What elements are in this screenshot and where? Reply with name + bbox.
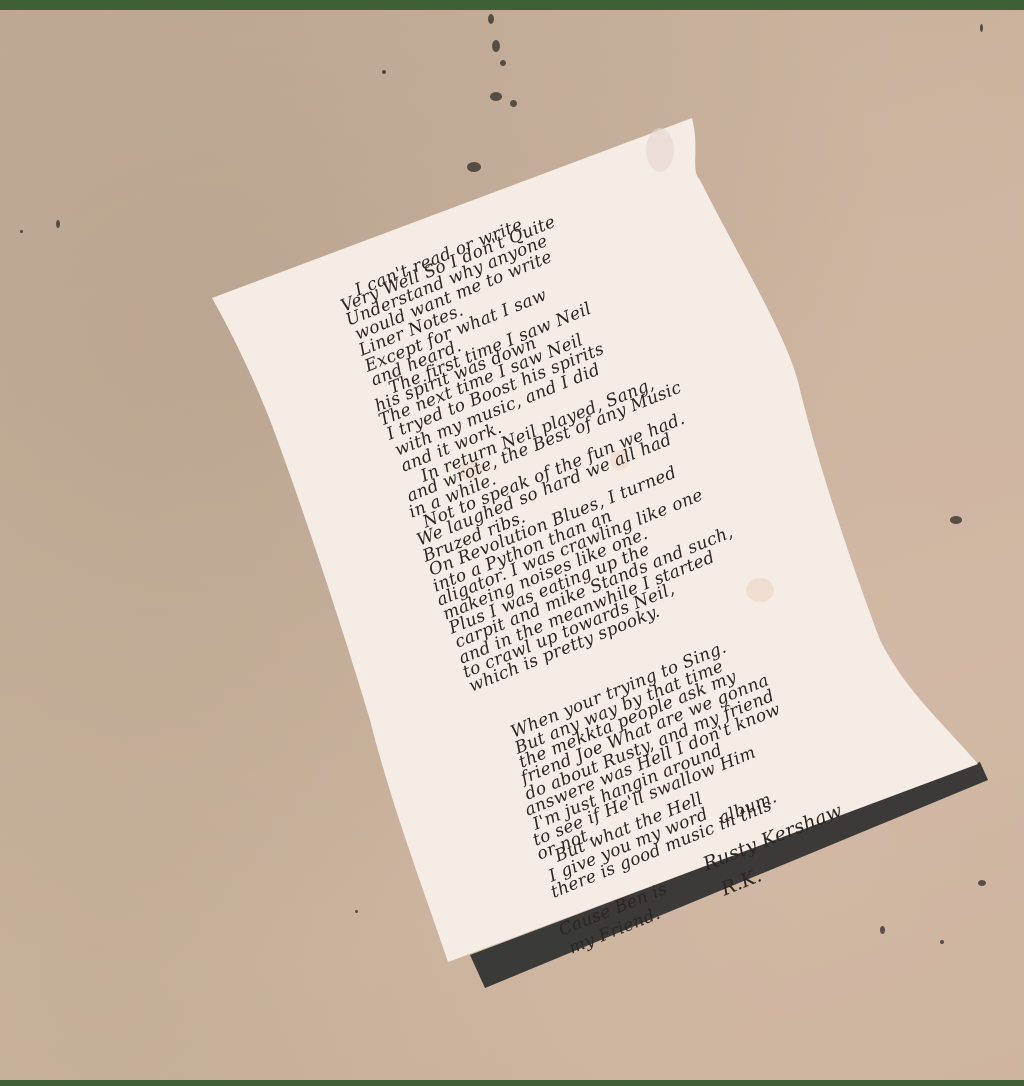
photo-scene: I can't read or write Very Well So I don… (0, 0, 1024, 1086)
paper-sheet (212, 118, 978, 962)
paper-sheet-graphic (0, 0, 1024, 1086)
bottom-green-border (0, 1080, 1024, 1086)
